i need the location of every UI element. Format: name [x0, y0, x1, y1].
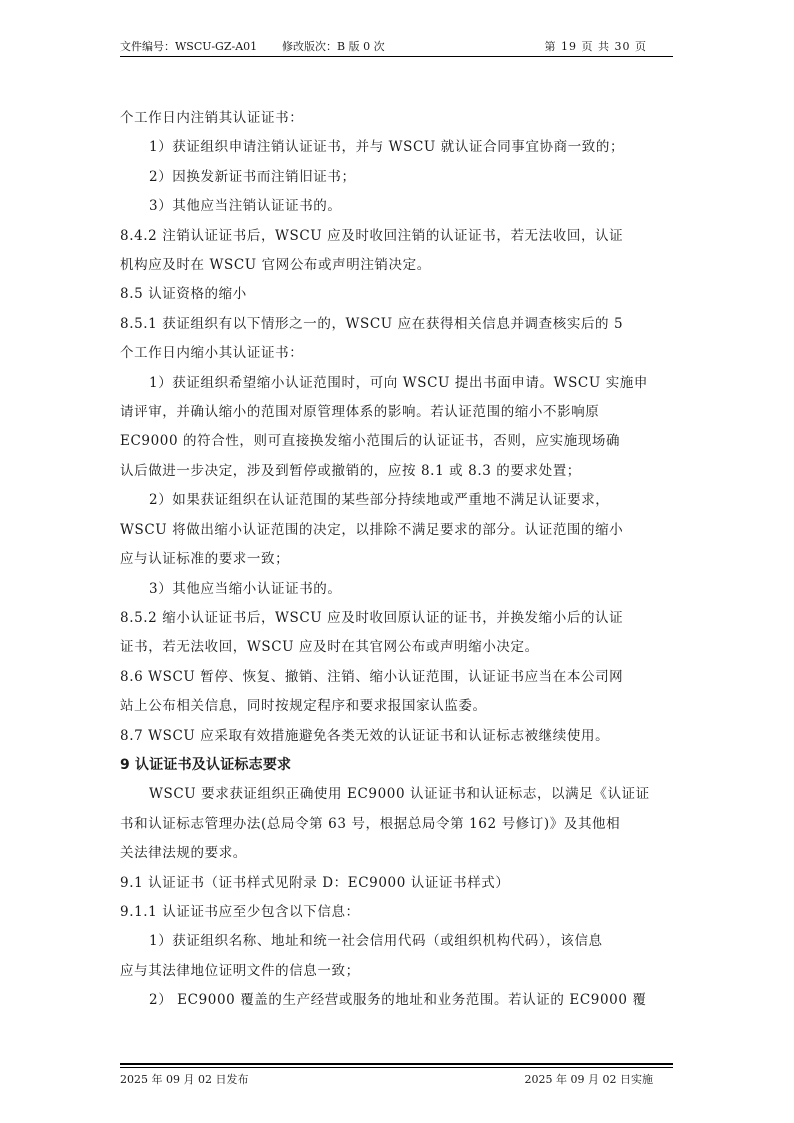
text-line: 个工作日内注销其认证证书：	[120, 104, 673, 133]
effective-date: 2025 年 09 月 02 日实施	[525, 1071, 653, 1087]
doc-number: 文件编号：WSCU-GZ-A01	[120, 38, 257, 54]
text-line: 9.1.1 认证证书应至少包含以下信息：	[120, 898, 673, 927]
text-line: 个工作日内缩小其认证证书：	[120, 339, 673, 368]
text-line: 9.1 认证证书（证书样式见附录 D：EC9000 认证证书样式）	[120, 869, 673, 898]
text-line: 请评审，并确认缩小的范围对原管理体系的影响。若认证范围的缩小不影响原	[120, 398, 673, 427]
section-heading: 9 认证证书及认证标志要求	[120, 751, 673, 780]
text-line: 书和认证标志管理办法(总局令第 63 号，根据总局令第 162 号修订)》及其他…	[120, 810, 673, 839]
text-line: 1）获证组织申请注销认证证书，并与 WSCU 就认证合同事宜协商一致的；	[120, 133, 673, 162]
text-line: 3）其他应当缩小认证证书的。	[120, 575, 673, 604]
revision-info: 修改版次：B 版 0 次	[282, 38, 385, 54]
text-line: 应与其法律地位证明文件的信息一致；	[120, 957, 673, 986]
text-line: 应与认证标准的要求一致；	[120, 545, 673, 574]
document-body: 个工作日内注销其认证证书：1）获证组织申请注销认证证书，并与 WSCU 就认证合…	[120, 104, 673, 1016]
text-line: 8.5.1 获证组织有以下情形之一的，WSCU 应在获得相关信息并调查核实后的 …	[120, 310, 673, 339]
text-line: 机构应及时在 WSCU 官网公布或声明注销决定。	[120, 251, 673, 280]
page-header: 文件编号：WSCU-GZ-A01 修改版次：B 版 0 次 第 19 页 共 3…	[120, 36, 673, 57]
text-line: 2） EC9000 覆盖的生产经营或服务的地址和业务范围。若认证的 EC9000…	[120, 986, 673, 1015]
text-line: 2）因换发新证书而注销旧证书；	[120, 163, 673, 192]
text-line: 8.5 认证资格的缩小	[120, 280, 673, 309]
text-line: 站上公布相关信息，同时按规定程序和要求报国家认监委。	[120, 692, 673, 721]
text-line: 8.5.2 缩小认证证书后，WSCU 应及时收回原认证的证书，并换发缩小后的认证	[120, 604, 673, 633]
text-line: 1）获证组织希望缩小认证范围时，可向 WSCU 提出书面申请。WSCU 实施申	[120, 369, 673, 398]
text-line: 2）如果获证组织在认证范围的某些部分持续地或严重地不满足认证要求，	[120, 486, 673, 515]
text-line: 3）其他应当注销认证证书的。	[120, 192, 673, 221]
footer-divider	[120, 1063, 673, 1068]
text-line: 8.6 WSCU 暂停、恢复、撤销、注销、缩小认证范围，认证证书应当在本公司网	[120, 663, 673, 692]
text-line: EC9000 的符合性，则可直接换发缩小范围后的认证证书，否则，应实施现场确	[120, 427, 673, 456]
text-line: 1）获证组织名称、地址和统一社会信用代码（或组织机构代码），该信息	[120, 927, 673, 956]
text-line: 关法律法规的要求。	[120, 839, 673, 868]
text-line: 认后做进一步决定，涉及到暂停或撤销的，应按 8.1 或 8.3 的要求处置；	[120, 457, 673, 486]
text-line: 证书，若无法收回，WSCU 应及时在其官网公布或声明缩小决定。	[120, 633, 673, 662]
issue-date: 2025 年 09 月 02 日发布	[120, 1071, 248, 1087]
text-line: WSCU 将做出缩小认证范围的决定，以排除不满足要求的部分。认证范围的缩小	[120, 516, 673, 545]
text-line: 8.4.2 注销认证证书后，WSCU 应及时收回注销的认证证书，若无法收回，认证	[120, 222, 673, 251]
text-line: WSCU 要求获证组织正确使用 EC9000 认证证书和认证标志，以满足《认证证	[120, 780, 673, 809]
page-info: 第 19 页 共 30 页	[545, 38, 647, 54]
text-line: 8.7 WSCU 应采取有效措施避免各类无效的认证证书和认证标志被继续使用。	[120, 722, 673, 751]
